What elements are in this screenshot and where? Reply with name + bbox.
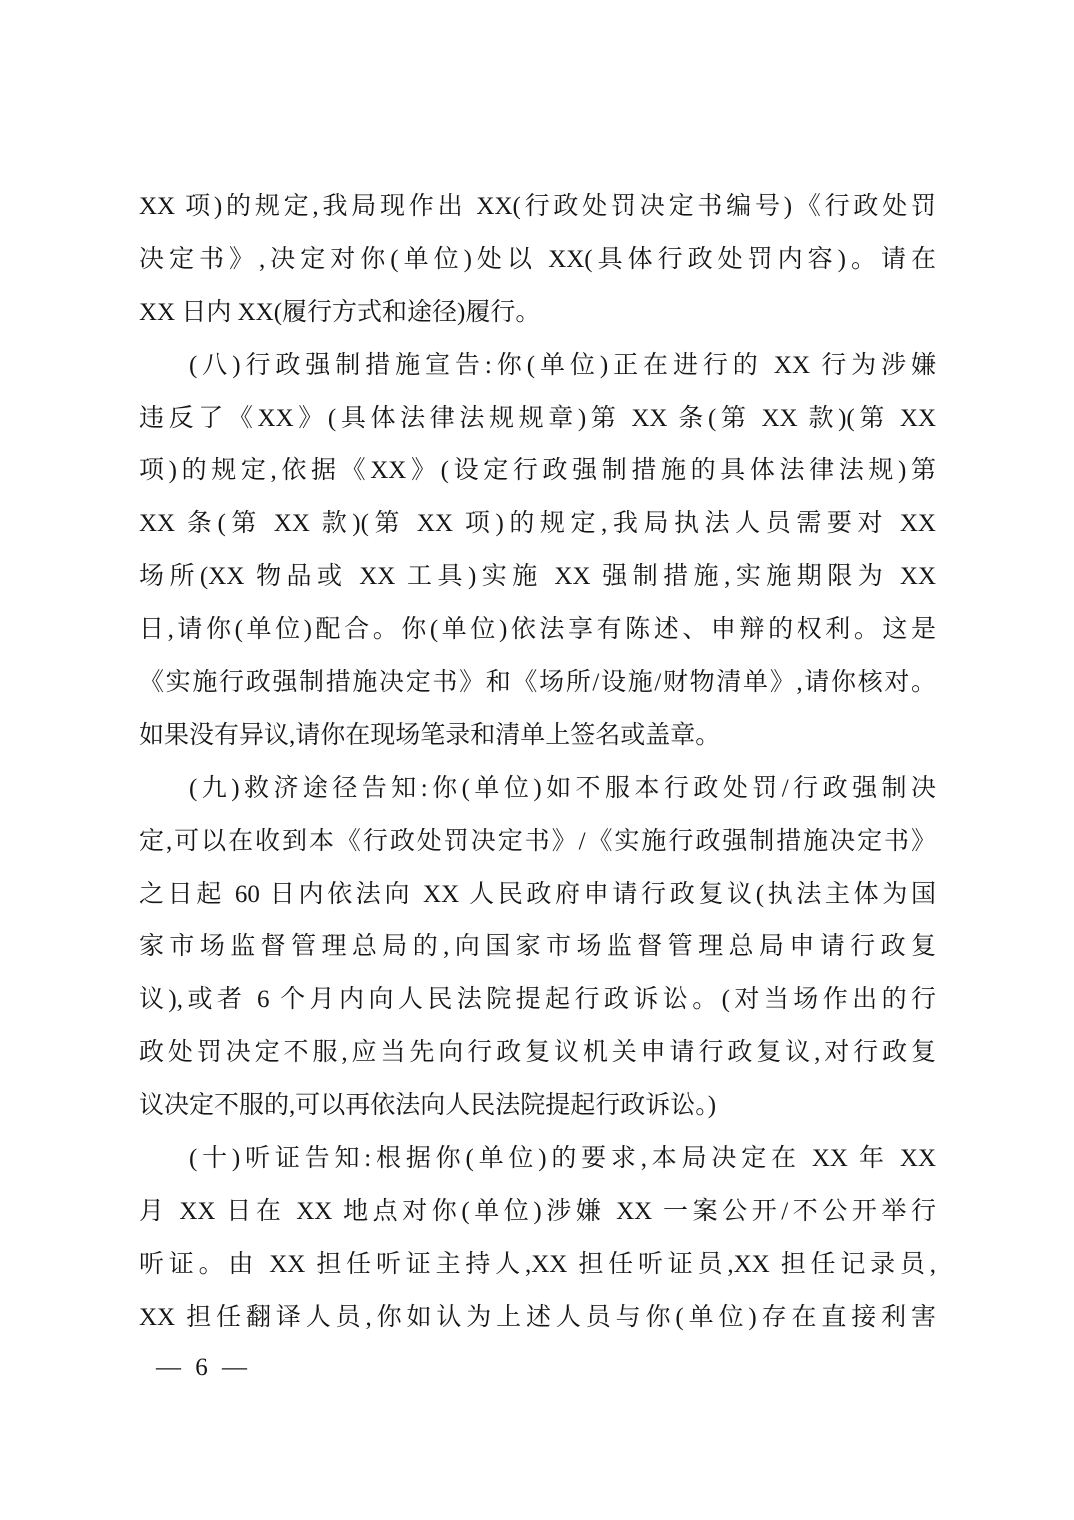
text-line: 如果没有异议,请你在现场笔录和清单上签名或盖章。	[139, 710, 936, 763]
text-line: 政处罚决定不服,应当先向行政复议机关申请行政复议,对行政复	[139, 1027, 936, 1080]
text-line: 《实施行政强制措施决定书》和《场所/设施/财物清单》,请你核对。	[139, 657, 936, 710]
paragraph-penalty-decision-continued: XX 项)的规定,我局现作出 XX(行政处罚决定书编号)《行政处罚决定书》,决定…	[139, 181, 936, 340]
text-line: XX 日内 XX(履行方式和途径)履行。	[139, 287, 936, 340]
text-line: 听证。由 XX 担任听证主持人,XX 担任听证员,XX 担任记录员,	[139, 1239, 936, 1292]
text-line: 项)的规定,依据《XX》(设定行政强制措施的具体法律法规)第	[139, 445, 936, 498]
text-line: XX 条(第 XX 款)(第 XX 项)的规定,我局执法人员需要对 XX	[139, 498, 936, 551]
paragraph-item-8-compulsory-measures: (八)行政强制措施宣告:你(单位)正在进行的 XX 行为涉嫌违反了《XX》(具体…	[139, 340, 936, 763]
document-page: XX 项)的规定,我局现作出 XX(行政处罚决定书编号)《行政处罚决定书》,决定…	[0, 0, 1074, 1520]
text-line: XX 项)的规定,我局现作出 XX(行政处罚决定书编号)《行政处罚	[139, 181, 936, 234]
text-line: 违反了《XX》(具体法律法规规章)第 XX 条(第 XX 款)(第 XX	[139, 393, 936, 446]
text-line: 定,可以在收到本《行政处罚决定书》/《实施行政强制措施决定书》	[139, 816, 936, 869]
text-line: 月 XX 日在 XX 地点对你(单位)涉嫌 XX 一案公开/不公开举行	[139, 1186, 936, 1239]
text-line: 家市场监督管理总局的,向国家市场监督管理总局申请行政复	[139, 921, 936, 974]
text-line: (九)救济途径告知:你(单位)如不服本行政处罚/行政强制决	[139, 763, 936, 816]
text-line: (八)行政强制措施宣告:你(单位)正在进行的 XX 行为涉嫌	[139, 340, 936, 393]
text-line: XX 担任翻译人员,你如认为上述人员与你(单位)存在直接利害	[139, 1292, 936, 1345]
text-line: 之日起 60 日内依法向 XX 人民政府申请行政复议(执法主体为国	[139, 869, 936, 922]
document-body: XX 项)的规定,我局现作出 XX(行政处罚决定书编号)《行政处罚决定书》,决定…	[139, 181, 936, 1345]
text-line: (十)听证告知:根据你(单位)的要求,本局决定在 XX 年 XX	[139, 1133, 936, 1186]
paragraph-item-9-remedies: (九)救济途径告知:你(单位)如不服本行政处罚/行政强制决定,可以在收到本《行政…	[139, 763, 936, 1133]
text-line: 议决定不服的,可以再依法向人民法院提起行政诉讼。)	[139, 1080, 936, 1133]
text-line: 日,请你(单位)配合。你(单位)依法享有陈述、申辩的权利。这是	[139, 604, 936, 657]
text-line: 议),或者 6 个月内向人民法院提起行政诉讼。(对当场作出的行	[139, 974, 936, 1027]
text-line: 场所(XX 物品或 XX 工具)实施 XX 强制措施,实施期限为 XX	[139, 551, 936, 604]
paragraph-item-10-hearing: (十)听证告知:根据你(单位)的要求,本局决定在 XX 年 XX月 XX 日在 …	[139, 1133, 936, 1345]
text-line: 决定书》,决定对你(单位)处以 XX(具体行政处罚内容)。请在	[139, 234, 936, 287]
page-number: — 6 —	[156, 1341, 247, 1394]
